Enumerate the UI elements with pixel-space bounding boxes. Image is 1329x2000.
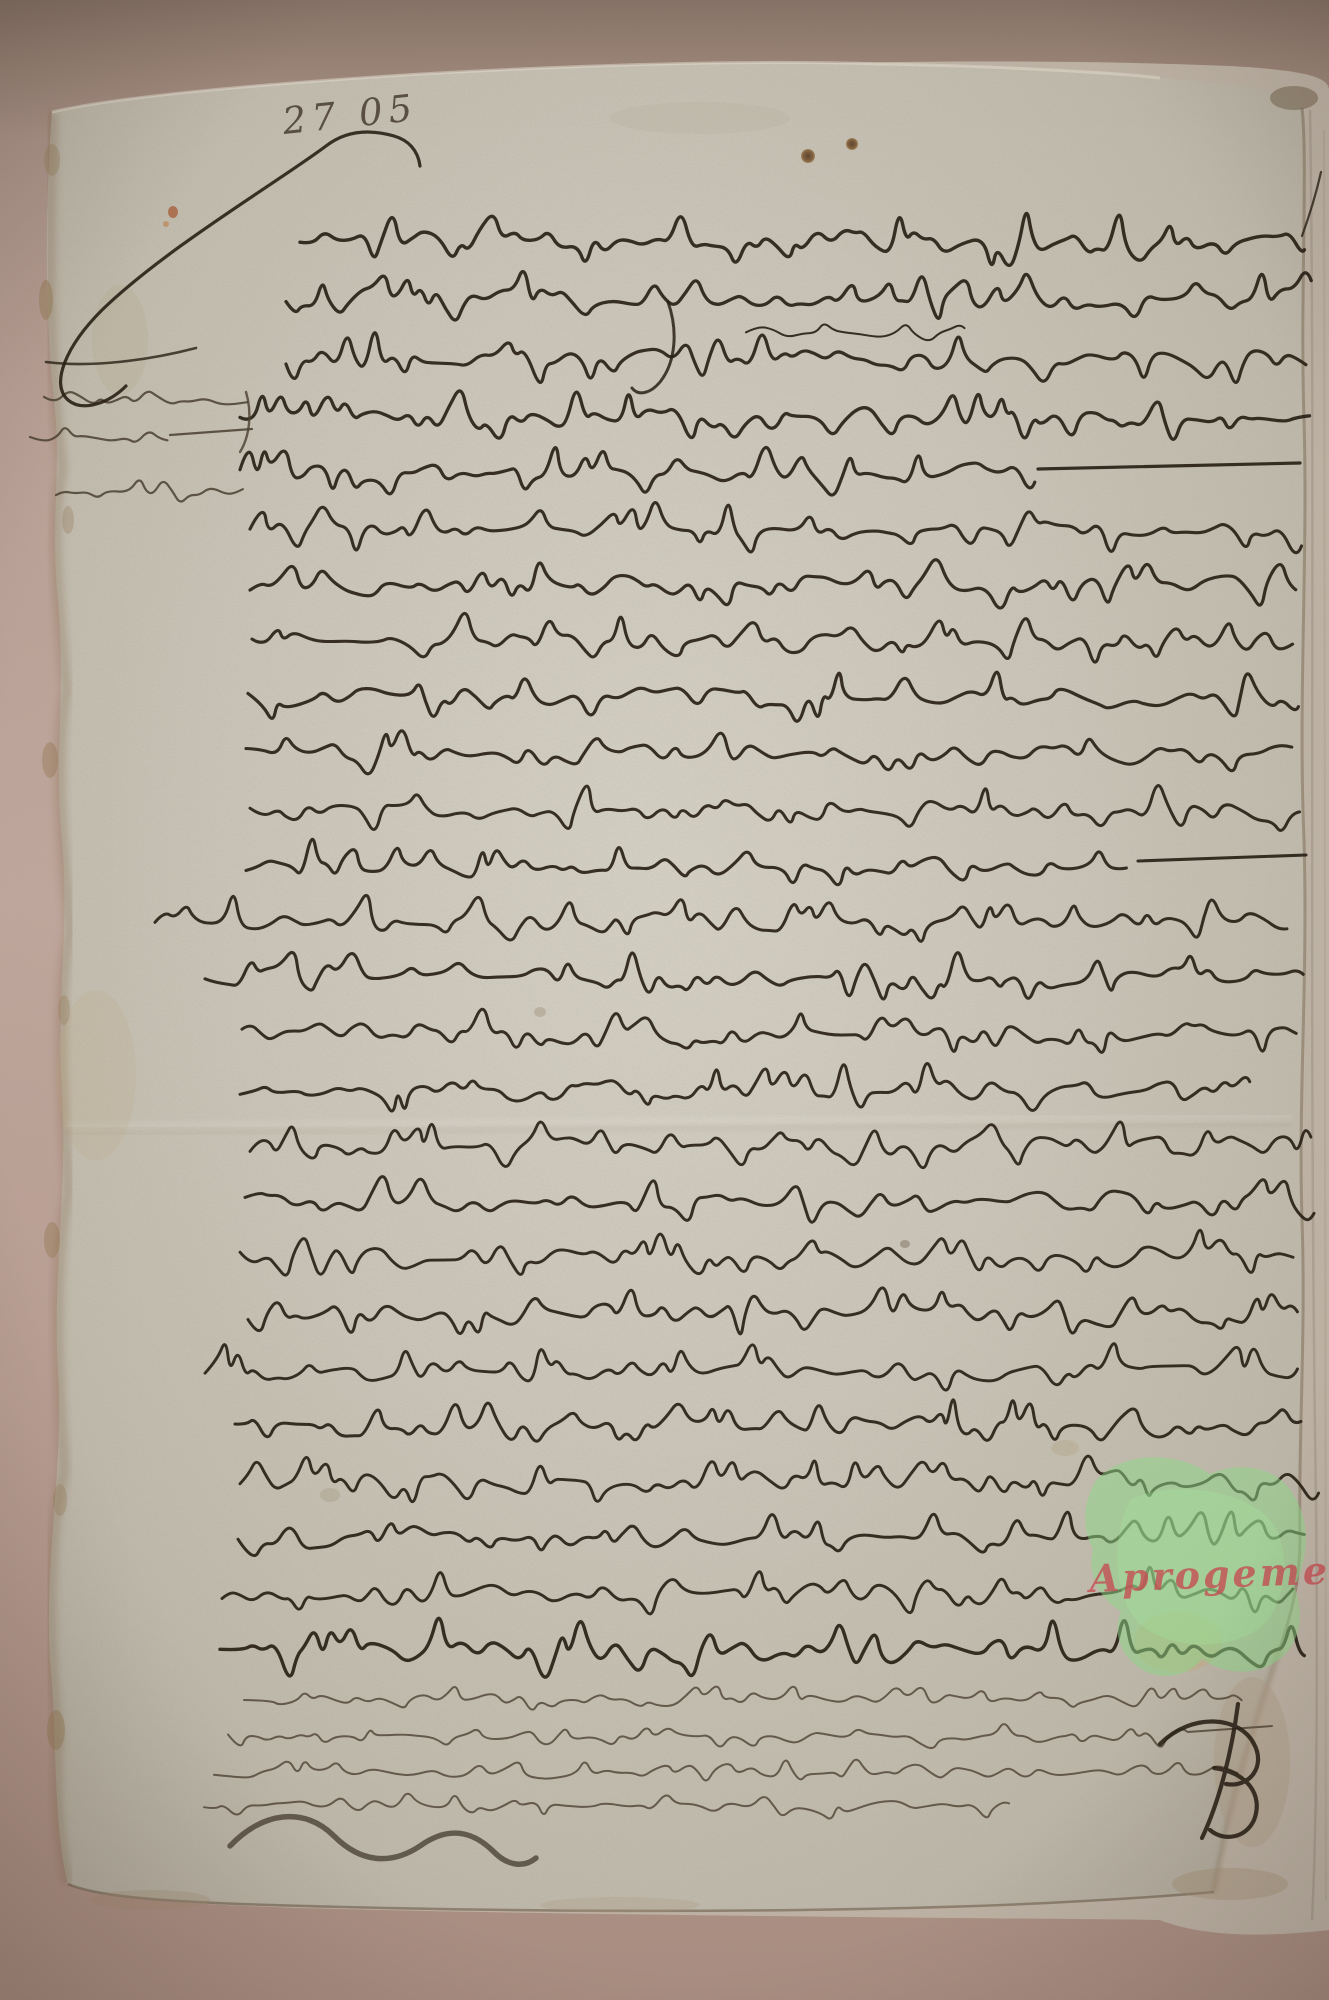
photo-vignette	[0, 0, 1329, 2000]
manuscript-photo: 27 05 Aprogemere	[0, 0, 1329, 2000]
document-scan: 27 05 Aprogemere	[0, 0, 1329, 2000]
